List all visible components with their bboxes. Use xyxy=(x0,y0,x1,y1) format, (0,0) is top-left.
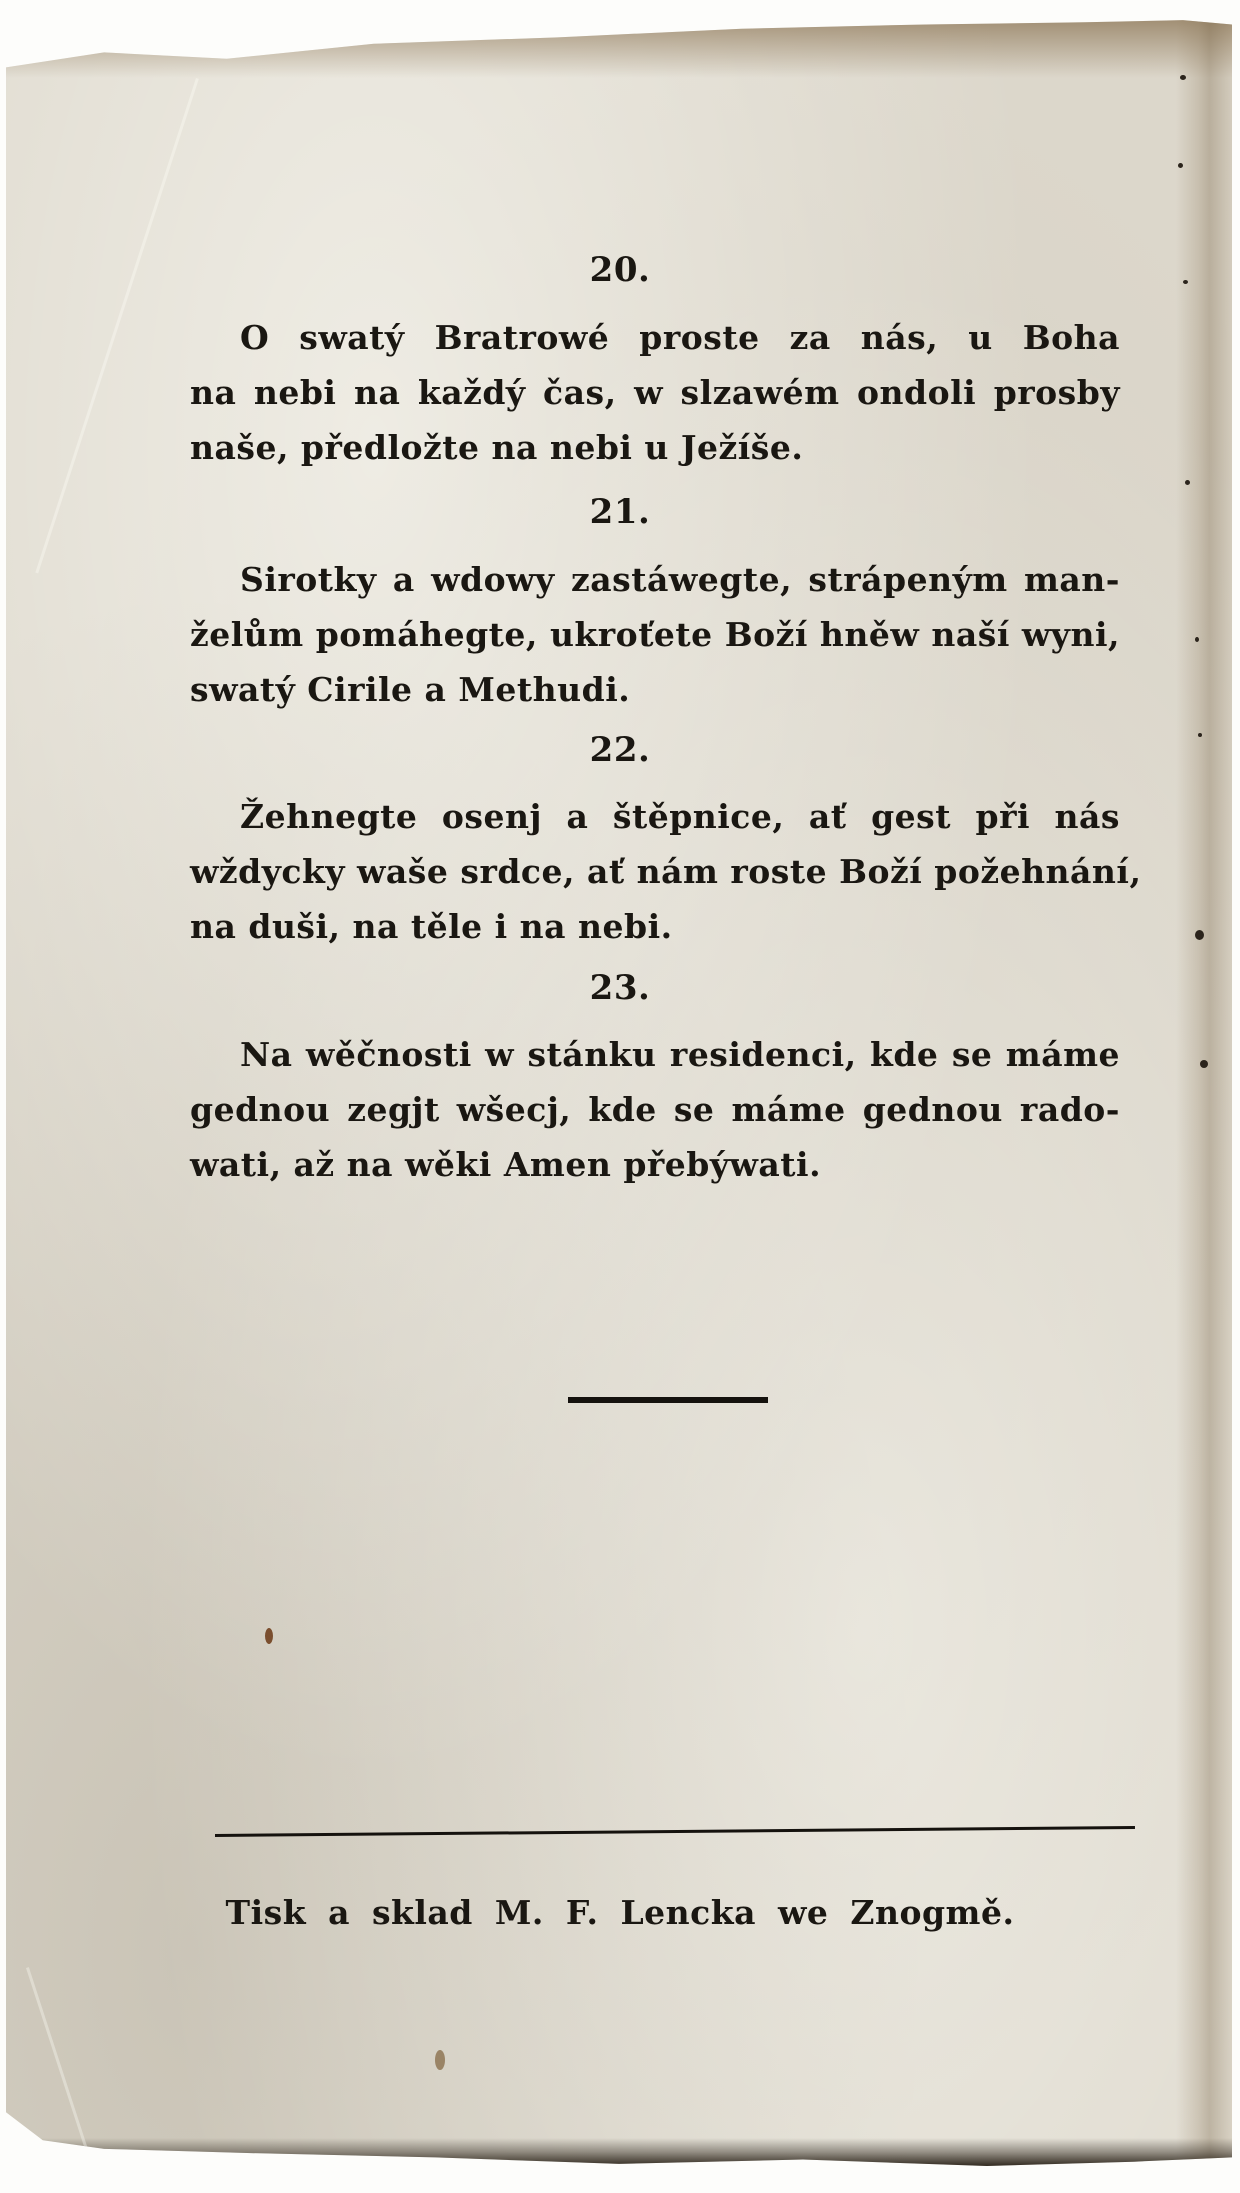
stanza-line: na nebi na každý čas, w slzawém ondoli p… xyxy=(190,373,1120,412)
stanza-line: wati, až na wěki Amen přebýwati. xyxy=(190,1145,1120,1184)
paper-speck xyxy=(1195,930,1204,940)
paper-stain xyxy=(435,2050,445,2070)
stanza-line: swatý Cirile a Methudi. xyxy=(190,670,1120,709)
paper-speck xyxy=(1195,637,1199,642)
page-edge-bottom xyxy=(6,2138,1232,2166)
paper-crease xyxy=(26,1967,91,2158)
paper-speck xyxy=(1180,75,1186,80)
paper-stain xyxy=(265,1628,273,1644)
stanza-line: wždycky waše srdce, ať nám roste Boží po… xyxy=(190,852,1120,891)
stanza-line: želům pomáhegte, ukroťete Boží hněw naší… xyxy=(190,615,1120,654)
stanza-line: O swatý Bratrowé proste za nás, u Boha xyxy=(240,318,1120,357)
stanza-line: Žehnegte osenj a štěpnice, ať gest při n… xyxy=(240,797,1120,836)
stanza-line: naše, předložte na nebi u Ježíše. xyxy=(190,428,1120,467)
stanza-number: 20. xyxy=(0,250,1240,290)
stanza-line: na duši, na těle i na nebi. xyxy=(190,907,1120,946)
paper-speck xyxy=(1200,1060,1208,1068)
scanned-page: 20. O swatý Bratrowé proste za nás, u Bo… xyxy=(0,0,1240,2193)
paper-speck xyxy=(1185,480,1190,485)
stanza-line: gednou zegjt wšecj, kde se máme gednou r… xyxy=(190,1090,1120,1129)
paper-speck xyxy=(1178,163,1183,168)
stanza-number: 21. xyxy=(0,492,1240,532)
end-rule xyxy=(568,1397,768,1403)
stanza-number: 23. xyxy=(0,968,1240,1008)
stanza-number: 22. xyxy=(0,730,1240,770)
page-edge-top xyxy=(6,18,1232,78)
stanza-line: Na wěčnosti w stánku residenci, kde se m… xyxy=(240,1035,1120,1074)
page-fold-right xyxy=(1176,18,1232,2166)
stanza-line: Sirotky a wdowy zastáwegte, strápeným ma… xyxy=(240,560,1120,599)
printer-imprint: Tisk a sklad M. F. Lencka we Znogmě. xyxy=(0,1893,1240,1932)
